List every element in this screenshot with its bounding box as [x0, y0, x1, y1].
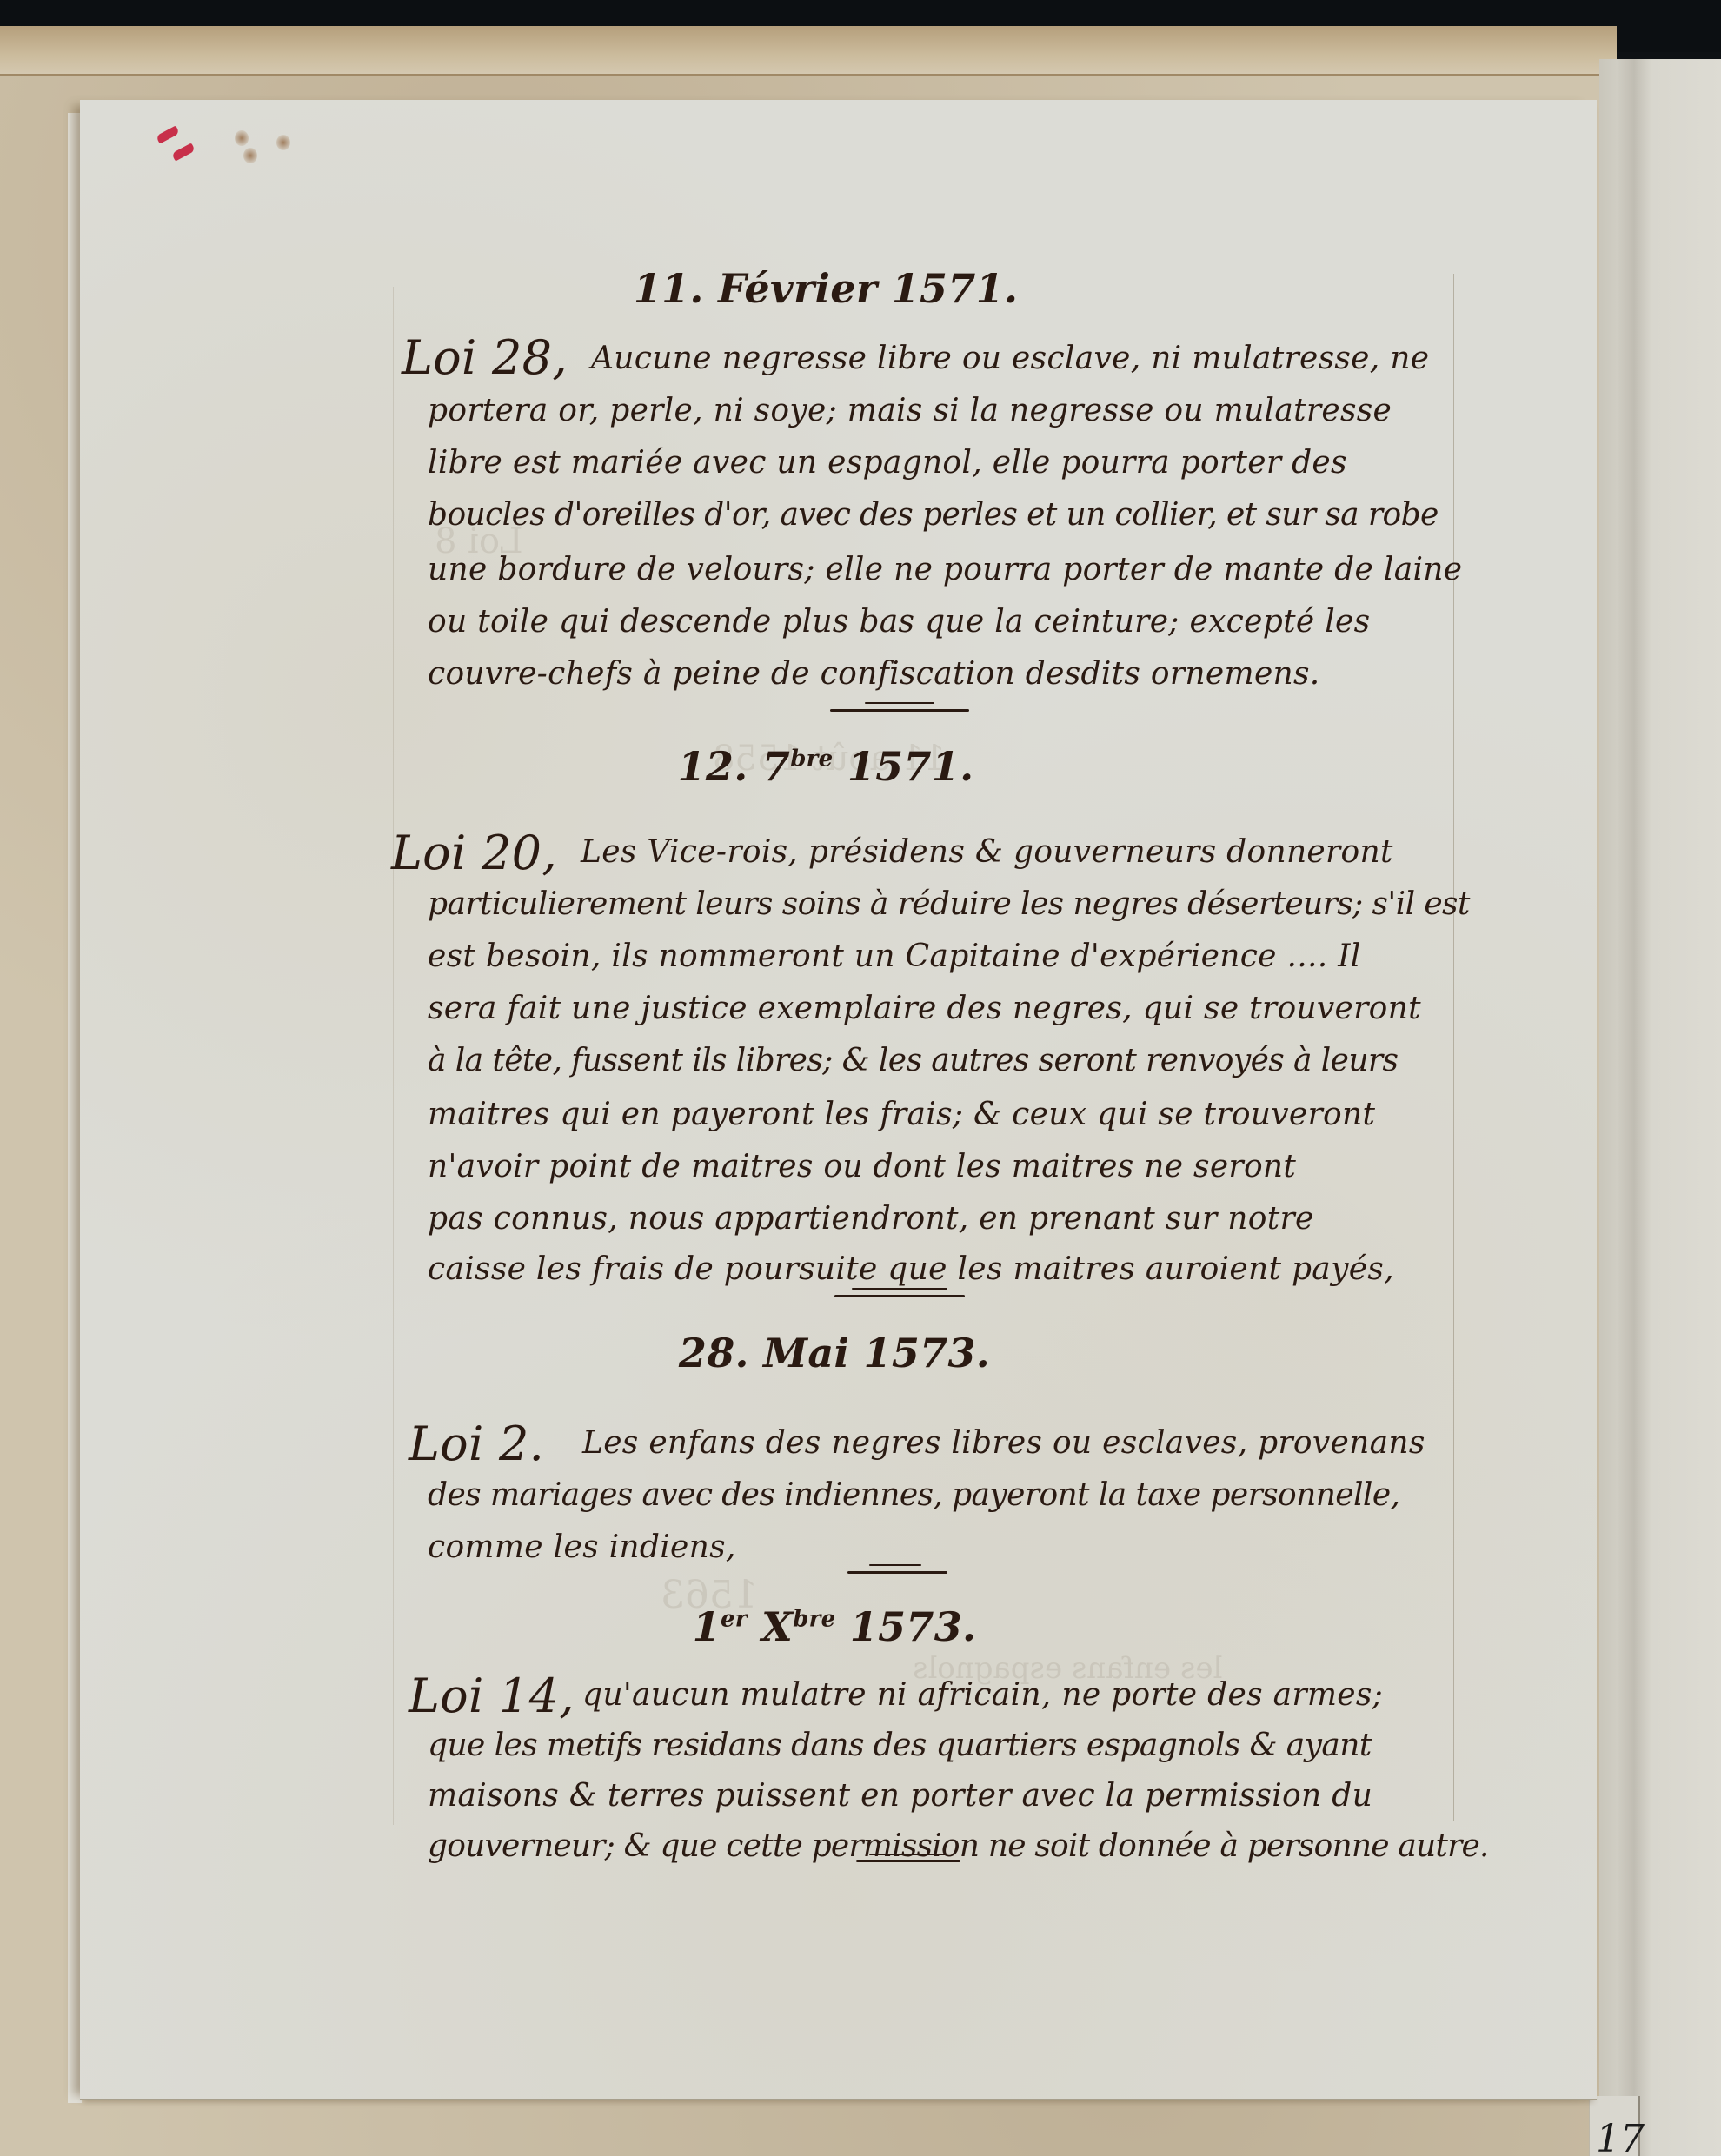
- entry-date: 28. Mai 1573.: [530, 1330, 1139, 1377]
- law-label: Loi 14,: [409, 1668, 575, 1723]
- law-text-line: Les enfans des negres libres ou esclaves…: [582, 1425, 1425, 1461]
- gutter-shadow: [1617, 59, 1651, 2156]
- law-text-line: comme les indiens,: [428, 1529, 736, 1565]
- date-month-suffix: bre: [790, 746, 833, 773]
- left-margin-rule: [393, 287, 394, 1825]
- law-text-line: pas connus, nous appartiendront, en pren…: [428, 1201, 1314, 1237]
- entry-date: 12. 7bre 1571.: [522, 743, 1130, 790]
- law-text-line: boucles d'oreilles d'or, avec des perles…: [428, 497, 1439, 533]
- section-divider: [847, 1571, 947, 1574]
- section-divider: [852, 1288, 947, 1290]
- foxing-spot: [243, 148, 257, 163]
- entry-date: 1er Xbre 1573.: [530, 1603, 1139, 1650]
- law-text-line: particulierement leurs soins à réduire l…: [428, 886, 1470, 922]
- law-text-line: des mariages avec des indiennes, payeron…: [428, 1477, 1399, 1513]
- section-divider: [856, 1860, 960, 1862]
- foxing-spot: [276, 135, 290, 150]
- entry-date: 11. Février 1571.: [522, 265, 1130, 312]
- foxing-spot: [235, 130, 249, 146]
- section-divider: [869, 1564, 921, 1566]
- date-year: 1573.: [850, 1603, 977, 1650]
- law-text-line: libre est mariée avec un espagnol, elle …: [428, 445, 1347, 481]
- law-text-line: gouverneur; & que cette permission ne so…: [428, 1828, 1489, 1864]
- law-text-line: maitres qui en payeront les frais; & ceu…: [428, 1097, 1375, 1132]
- date-year: 1571.: [847, 743, 974, 790]
- right-margin-rule: [1453, 274, 1454, 1821]
- page-number: 17: [1596, 2120, 1645, 2156]
- law-text-line: Aucune negresse libre ou esclave, ni mul…: [591, 341, 1429, 376]
- law-text-line: sera fait une justice exemplaire des neg…: [428, 991, 1421, 1026]
- law-label: Loi 28,: [402, 330, 568, 385]
- section-divider: [869, 1854, 947, 1855]
- section-divider: [830, 709, 969, 712]
- law-text-line: une bordure de velours; elle ne pourra p…: [428, 552, 1462, 587]
- law-text-line: couvre-chefs à peine de confiscation des…: [428, 656, 1320, 692]
- law-text-line: maisons & terres puissent en porter avec…: [428, 1778, 1372, 1814]
- board-torn-edge: [0, 26, 1617, 76]
- date-month-suffix: bre: [793, 1607, 835, 1633]
- date-day: 12.: [678, 743, 748, 790]
- law-text-line: que les metifs residans dans des quartie…: [428, 1728, 1372, 1763]
- law-label: Loi 2.: [409, 1416, 544, 1471]
- law-text-line: à la tête, fussent ils libres; & les aut…: [428, 1043, 1398, 1078]
- law-text-line: n'avoir point de maitres ou dont les mai…: [428, 1149, 1296, 1184]
- section-divider: [865, 702, 934, 704]
- law-text-line: portera or, perle, ni soye; mais si la n…: [428, 393, 1392, 428]
- entry-date-text: 11. Février 1571.: [634, 265, 1019, 312]
- law-label: Loi 20,: [391, 826, 557, 880]
- law-text-line: Les Vice-rois, présidens & gouverneurs d…: [581, 834, 1393, 870]
- section-divider: [834, 1295, 965, 1297]
- date-day: 1: [693, 1603, 721, 1650]
- entry-date-text: 28. Mai 1573.: [679, 1330, 990, 1377]
- date-day-suffix: er: [721, 1607, 748, 1633]
- date-month: 7: [762, 743, 790, 790]
- law-text-line: ou toile qui descende plus bas que la ce…: [428, 604, 1370, 640]
- law-text-line: qu'aucun mulatre ni africain, ne porte d…: [582, 1677, 1383, 1713]
- date-month: X: [761, 1603, 793, 1650]
- law-text-line: caisse les frais de poursuite que les ma…: [428, 1251, 1394, 1287]
- law-text-line: est besoin, ils nommeront un Capitaine d…: [428, 939, 1361, 974]
